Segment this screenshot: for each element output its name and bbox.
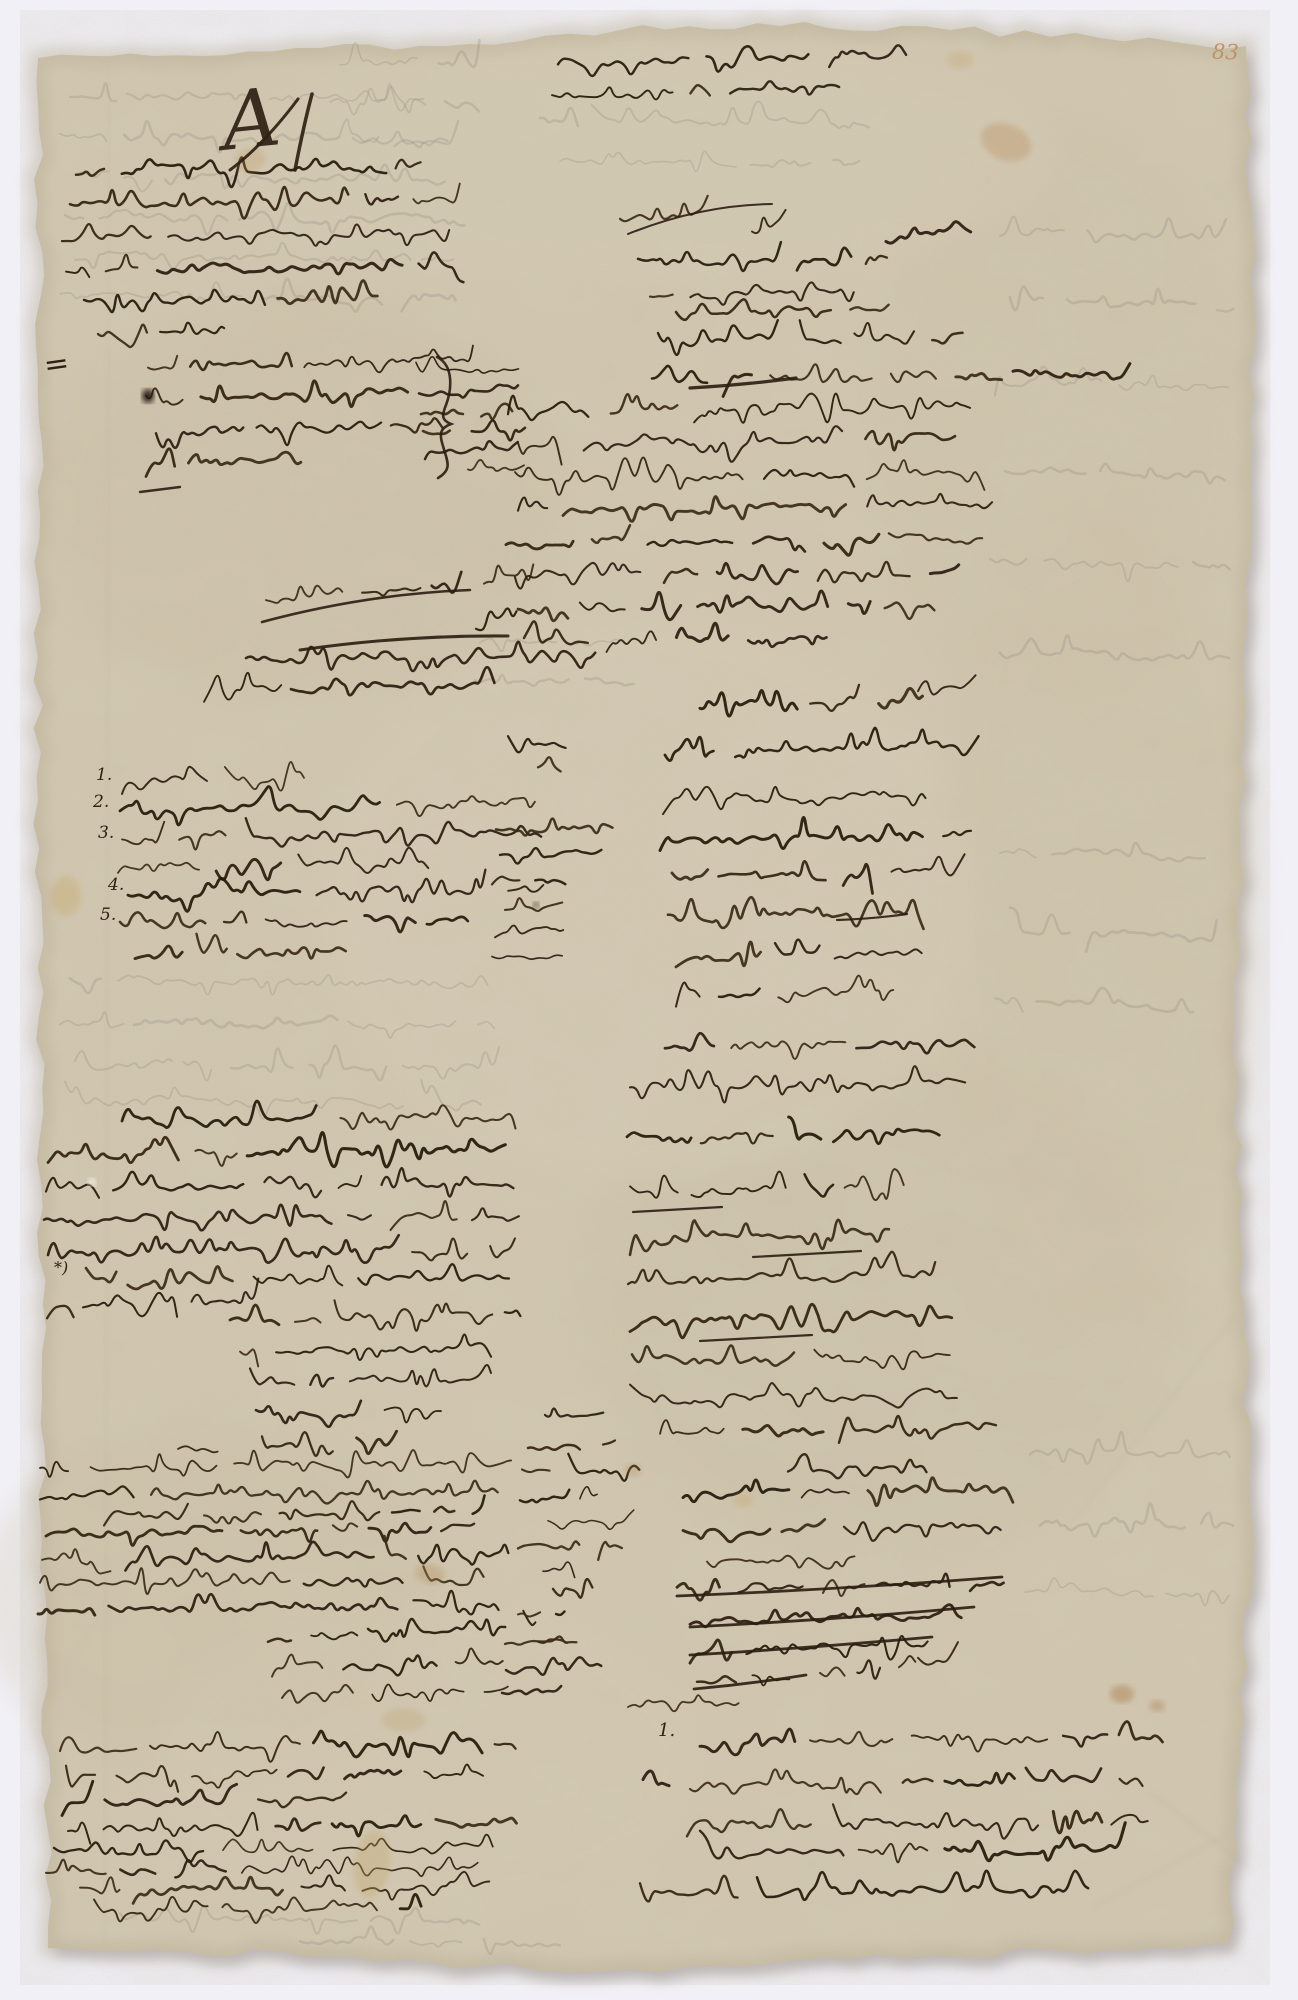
paper-surface [0,10,1270,1985]
manuscript-scan-page: 83 A = *) 1. 2. 3. 4. 5. 1. [0,0,1298,2000]
scan-canvas [0,0,1298,2000]
